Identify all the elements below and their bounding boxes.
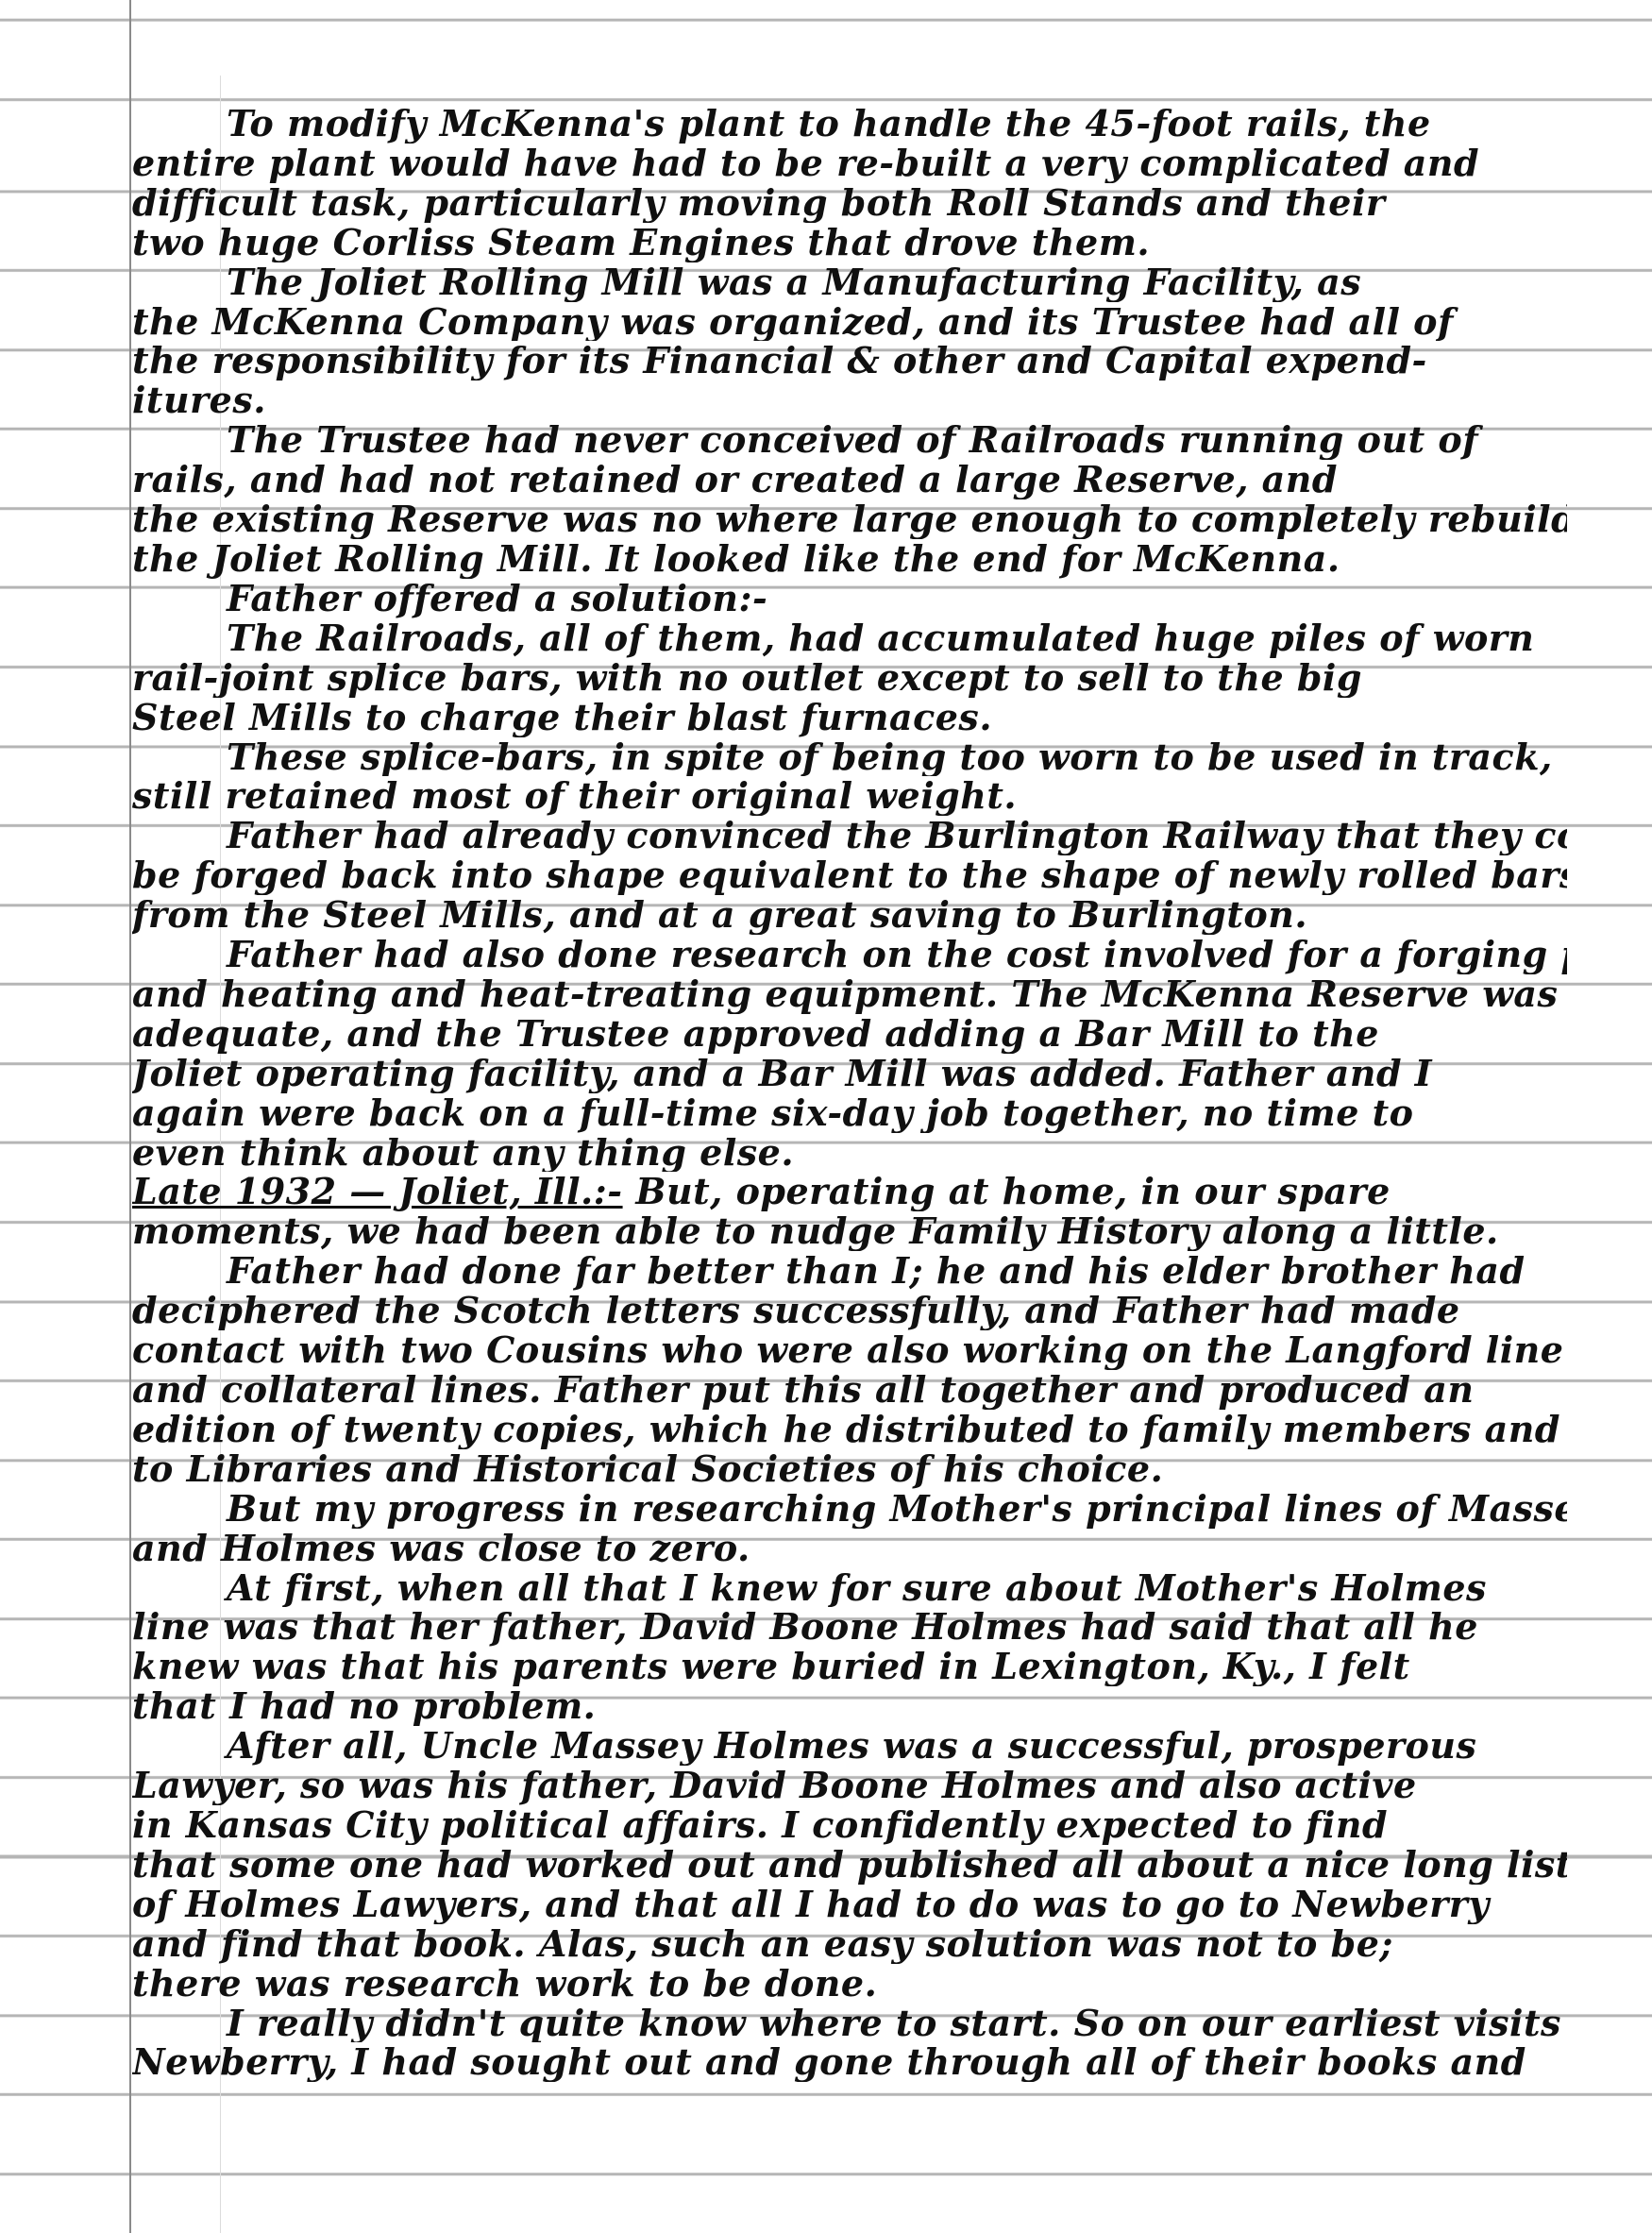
paragraph: To modify McKenna's plant to handle the … xyxy=(132,104,1567,262)
text-line: line was that her father, David Boone Ho… xyxy=(132,1607,1567,1647)
margin-rule xyxy=(129,0,131,2233)
text-line: Father had done far better than I; he an… xyxy=(132,1251,1567,1291)
paragraph: Father had already convinced the Burling… xyxy=(132,816,1567,935)
text-line: to Libraries and Historical Societies of… xyxy=(132,1449,1567,1489)
text-line: The Trustee had never conceived of Railr… xyxy=(132,420,1567,460)
text-line: But my progress in researching Mother's … xyxy=(132,1489,1567,1529)
text-line: in Kansas City political affairs. I conf… xyxy=(132,1805,1567,1845)
text-line: Steel Mills to charge their blast furnac… xyxy=(132,698,1567,737)
text-line: The Railroads, all of them, had accumula… xyxy=(132,618,1567,658)
text-line: Father offered a solution:- xyxy=(132,579,1567,618)
paragraph: These splice-bars, in spite of being too… xyxy=(132,737,1567,817)
paragraph: But my progress in researching Mother's … xyxy=(132,1489,1567,1568)
paragraph: At first, when all that I knew for sure … xyxy=(132,1568,1567,1727)
text-line: entire plant would have had to be re-bui… xyxy=(132,144,1567,183)
text-line: Father had already convinced the Burling… xyxy=(132,816,1567,855)
text-line: itures. xyxy=(132,381,1567,420)
lined-paper-page: To modify McKenna's plant to handle the … xyxy=(0,0,1652,2233)
text-line: adequate, and the Trustee approved addin… xyxy=(132,1014,1567,1054)
section-date-heading: Late 1932 — Joliet, Ill.:- xyxy=(132,1172,623,1211)
text-line: knew was that his parents were buried in… xyxy=(132,1647,1567,1686)
text-line: difficult task, particularly moving both… xyxy=(132,183,1567,223)
text-line: moments, we had been able to nudge Famil… xyxy=(132,1211,1567,1251)
text-line: of Holmes Lawyers, and that all I had to… xyxy=(132,1885,1567,1924)
text-line: Newberry, I had sought out and gone thro… xyxy=(132,2042,1567,2082)
text-line: the Joliet Rolling Mill. It looked like … xyxy=(132,539,1567,579)
paragraph: After all, Uncle Massey Holmes was a suc… xyxy=(132,1726,1567,2003)
text-line: there was research work to be done. xyxy=(132,1964,1567,2004)
text-line: and find that book. Alas, such an easy s… xyxy=(132,1924,1567,1964)
text-line: To modify McKenna's plant to handle the … xyxy=(132,104,1567,144)
text-line: At first, when all that I knew for sure … xyxy=(132,1568,1567,1608)
text-line: be forged back into shape equivalent to … xyxy=(132,855,1567,895)
text-line: from the Steel Mills, and at a great sav… xyxy=(132,895,1567,935)
text-line: and collateral lines. Father put this al… xyxy=(132,1370,1567,1410)
text-line: the responsibility for its Financial & o… xyxy=(132,341,1567,381)
paragraph: The Trustee had never conceived of Railr… xyxy=(132,420,1567,579)
text-line: These splice-bars, in spite of being too… xyxy=(132,737,1567,777)
text-line: rail-joint splice bars, with no outlet e… xyxy=(132,658,1567,698)
text-line: Joliet operating facility, and a Bar Mil… xyxy=(132,1054,1567,1093)
text-line: The Joliet Rolling Mill was a Manufactur… xyxy=(132,262,1567,302)
text-line: Father had also done research on the cos… xyxy=(132,935,1567,974)
text-line: the McKenna Company was organized, and i… xyxy=(132,302,1567,342)
text-line: two huge Corliss Steam Engines that drov… xyxy=(132,223,1567,262)
text-line: still retained most of their original we… xyxy=(132,776,1567,816)
text-line: that I had no problem. xyxy=(132,1686,1567,1726)
text-line: even think about any thing else. xyxy=(132,1133,1567,1173)
text-line: contact with two Cousins who were also w… xyxy=(132,1330,1567,1370)
handwritten-text-body: To modify McKenna's plant to handle the … xyxy=(132,104,1567,2082)
paragraph: Father had also done research on the cos… xyxy=(132,935,1567,1172)
paragraph: The Joliet Rolling Mill was a Manufactur… xyxy=(132,262,1567,421)
dated-section-paragraph: Late 1932 — Joliet, Ill.:- But, operatin… xyxy=(132,1172,1567,1251)
text-line: Late 1932 — Joliet, Ill.:- But, operatin… xyxy=(132,1172,1567,1211)
text-line: again were back on a full-time six-day j… xyxy=(132,1093,1567,1133)
text-line: After all, Uncle Massey Holmes was a suc… xyxy=(132,1726,1567,1766)
text-line: and Holmes was close to zero. xyxy=(132,1529,1567,1568)
paragraph: Father offered a solution:- xyxy=(132,579,1567,618)
text-line: edition of twenty copies, which he distr… xyxy=(132,1410,1567,1449)
text-line: the existing Reserve was no where large … xyxy=(132,499,1567,539)
paragraph: The Railroads, all of them, had accumula… xyxy=(132,618,1567,737)
text-line: that some one had worked out and publish… xyxy=(132,1845,1567,1885)
text-line: and heating and heat-treating equipment.… xyxy=(132,974,1567,1014)
text-line: I really didn't quite know where to star… xyxy=(132,2004,1567,2043)
text-line: Lawyer, so was his father, David Boone H… xyxy=(132,1766,1567,1805)
paragraph: Father had done far better than I; he an… xyxy=(132,1251,1567,1488)
paragraph: I really didn't quite know where to star… xyxy=(132,2004,1567,2083)
text-line: deciphered the Scotch letters successful… xyxy=(132,1291,1567,1330)
text-line: rails, and had not retained or created a… xyxy=(132,460,1567,499)
